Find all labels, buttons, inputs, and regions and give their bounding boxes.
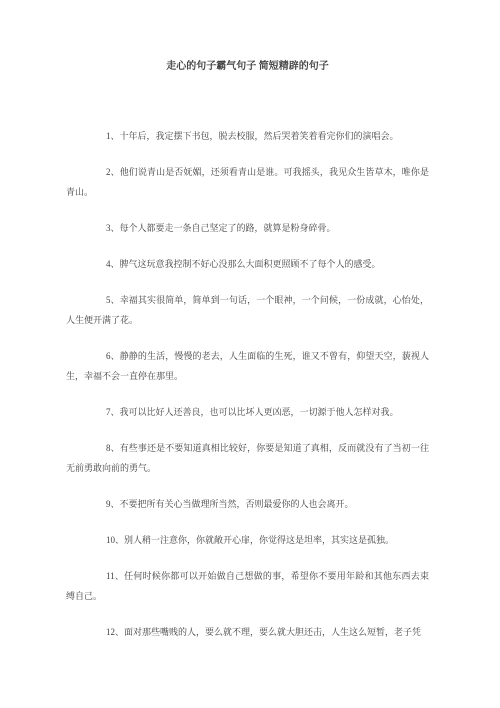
sentence-item: 1、十年后，我定摆下书包，脱去校服，然后哭着笑着看完你们的演唱会。 — [66, 126, 429, 146]
sentence-item: 3、每个人都要走一条自己坚定了的路，就算是粉身碎骨。 — [66, 218, 429, 238]
sentence-item: 6、静静的生活，慢慢的老去，人生面临的生死，谁又不曾有，仰望天空，藐视人生，幸福… — [66, 346, 429, 386]
document-page: 走心的句子霸气句子 简短精辟的句子 1、十年后，我定摆下书包，脱去校服，然后哭着… — [0, 0, 500, 708]
sentence-item: 2、他们说青山是否妩媚，还须看青山是谁。可我摇头，我见众生皆草木，唯你是青山。 — [66, 162, 429, 202]
sentence-item: 8、有些事还是不要知道真相比较好，你要是知道了真相，反而就没有了当初一往无前勇敢… — [66, 438, 429, 478]
sentence-item: 12、面对那些嘴贱的人，要么就不理，要么就大胆还击，人生这么短暂，老子凭 — [66, 622, 429, 642]
document-title: 走心的句子霸气句子 简短精辟的句子 — [66, 60, 429, 74]
sentence-item: 11、任何时候你都可以开始做自己想做的事，希望你不要用年龄和其他东西去束缚自己。 — [66, 566, 429, 606]
sentence-item: 5、幸福其实很简单，简单到一句话，一个眼神，一个问候，一份成就，心怡处，人生便开… — [66, 290, 429, 330]
sentence-item: 10、别人稍一注意你，你就敞开心扉，你觉得这是坦率，其实这是孤独。 — [66, 530, 429, 550]
sentence-item: 9、不要把所有关心当做理所当然，否则最爱你的人也会离开。 — [66, 494, 429, 514]
sentence-item: 4、脾气这玩意我控制不好心没那么大面积更照顾不了每个人的感受。 — [66, 254, 429, 274]
sentence-item: 7、我可以比好人还善良，也可以比坏人更凶恶，一切源于他人怎样对我。 — [66, 402, 429, 422]
sentence-list: 1、十年后，我定摆下书包，脱去校服，然后哭着笑着看完你们的演唱会。2、他们说青山… — [66, 126, 429, 642]
